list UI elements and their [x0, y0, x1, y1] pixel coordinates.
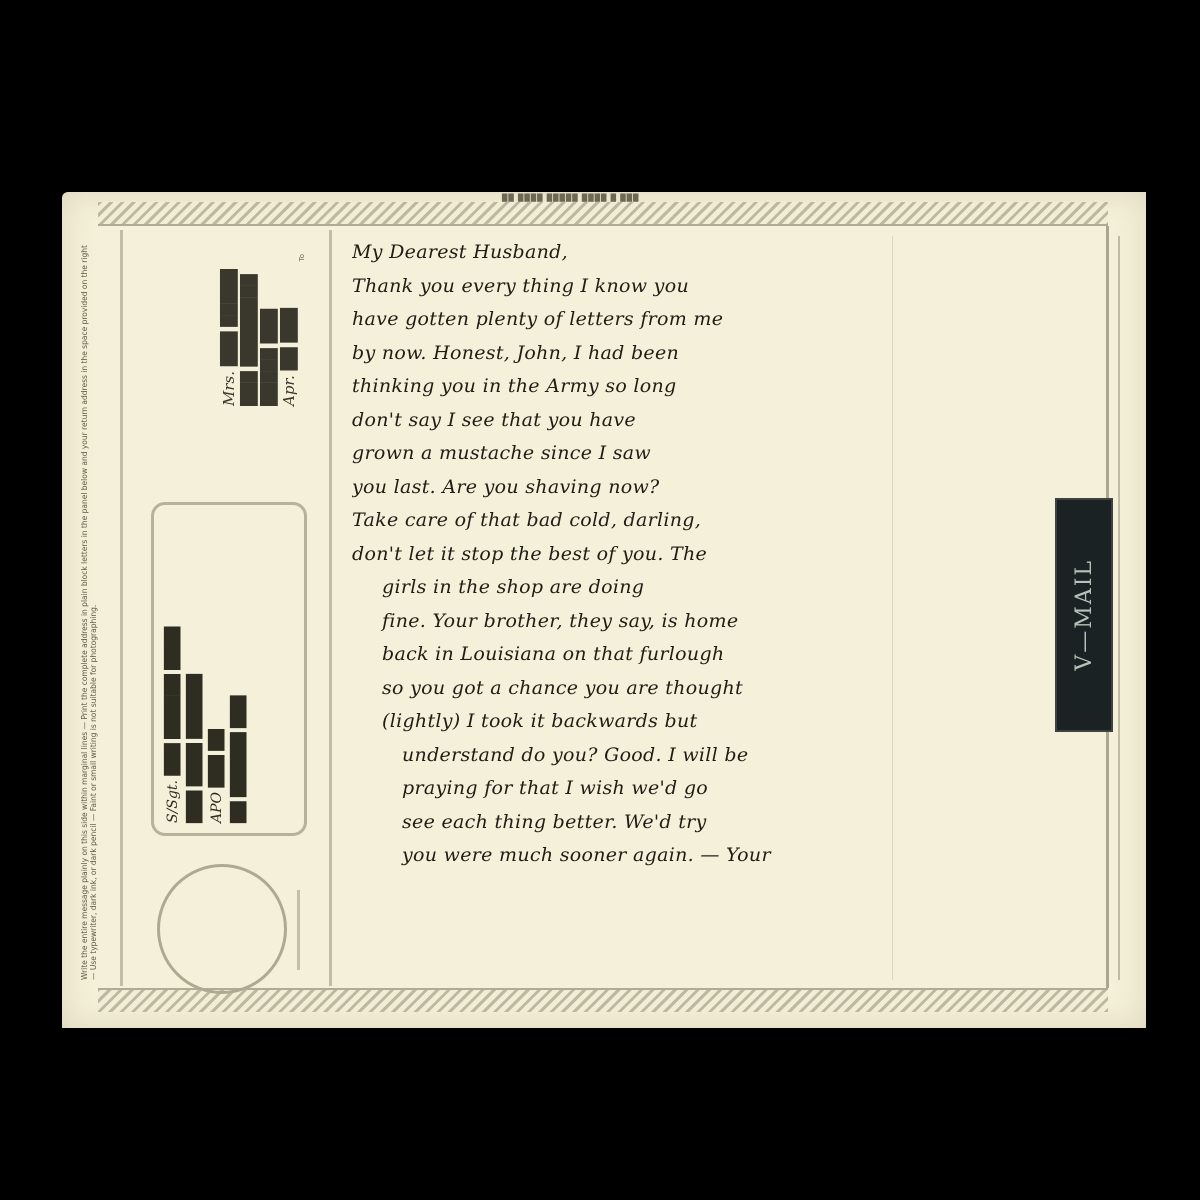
- vmail-label: V—MAIL: [1072, 559, 1097, 671]
- letter-salutation: My Dearest Husband,: [352, 236, 892, 270]
- to-address-line: ███ ████████: [239, 246, 259, 406]
- from-address-line: S/Sgt. ███ ██████ ████: [162, 511, 184, 823]
- censor-stamp-circle: [157, 864, 287, 994]
- letter-line: praying for that I wish we'd go: [352, 772, 892, 806]
- letter-line: back in Louisiana on that furlough: [352, 638, 892, 672]
- letter-closing-line: you were much sooner again. — Your: [352, 839, 892, 873]
- letter-line: don't say I see that you have: [352, 404, 892, 438]
- letter-line: you last. Are you shaving now?: [352, 471, 892, 505]
- letter-line: by now. Honest, John, I had been: [352, 337, 892, 371]
- letter-line: Take care of that bad cold, darling,: [352, 504, 892, 538]
- letter-line: see each thing better. We'd try: [352, 806, 892, 840]
- right-margin-rule-inner: [1118, 236, 1120, 980]
- letter-line: thinking you in the Army so long: [352, 370, 892, 404]
- vmail-letter-sheet: ██ ████ █████ ████ █ ███ Write the entir…: [62, 192, 1146, 1028]
- from-address-line: ███ ████ ██████: [184, 511, 206, 823]
- to-address: Mrs. ███ █████ ███ ████████ █████ ███ Ap…: [219, 246, 319, 406]
- address-panel: To Mrs. ███ █████ ███ ████████ █████ ███…: [120, 230, 332, 986]
- letter-line: fine. Your brother, they say, is home: [352, 605, 892, 639]
- printed-instructions: Write the entire message plainly on this…: [80, 240, 110, 980]
- to-address-line: Mrs. ███ █████: [219, 246, 239, 406]
- from-address-line: APO ███ ██: [206, 511, 228, 823]
- from-address-line: ██ ██████ ███: [228, 511, 250, 823]
- letter-line: grown a mustache since I saw: [352, 437, 892, 471]
- letter-line: don't let it stop the best of you. The: [352, 538, 892, 572]
- letter-line: understand do you? Good. I will be: [352, 739, 892, 773]
- letter-line: (lightly) I took it backwards but: [352, 705, 892, 739]
- top-hatched-border: [98, 202, 1108, 226]
- stamp-side-mark: [297, 890, 306, 970]
- bottom-hatched-border: [98, 988, 1108, 1012]
- letter-line: so you got a chance you are thought: [352, 672, 892, 706]
- top-printed-caption: ██ ████ █████ ████ █ ███: [502, 194, 639, 202]
- letter-line: Thank you every thing I know you: [352, 270, 892, 304]
- vmail-badge: V—MAIL: [1055, 498, 1113, 732]
- to-address-line: █████ ███: [259, 246, 279, 406]
- to-address-line: Apr. ██ ███: [279, 246, 299, 406]
- handwritten-letter-body: My Dearest Husband, Thank you every thin…: [352, 236, 893, 980]
- return-address-box: S/Sgt. ███ ██████ ████ ███ ████ ██████ A…: [151, 502, 307, 836]
- from-address: S/Sgt. ███ ██████ ████ ███ ████ ██████ A…: [162, 511, 292, 823]
- letter-line: girls in the shop are doing: [352, 571, 892, 605]
- letter-line: have gotten plenty of letters from me: [352, 303, 892, 337]
